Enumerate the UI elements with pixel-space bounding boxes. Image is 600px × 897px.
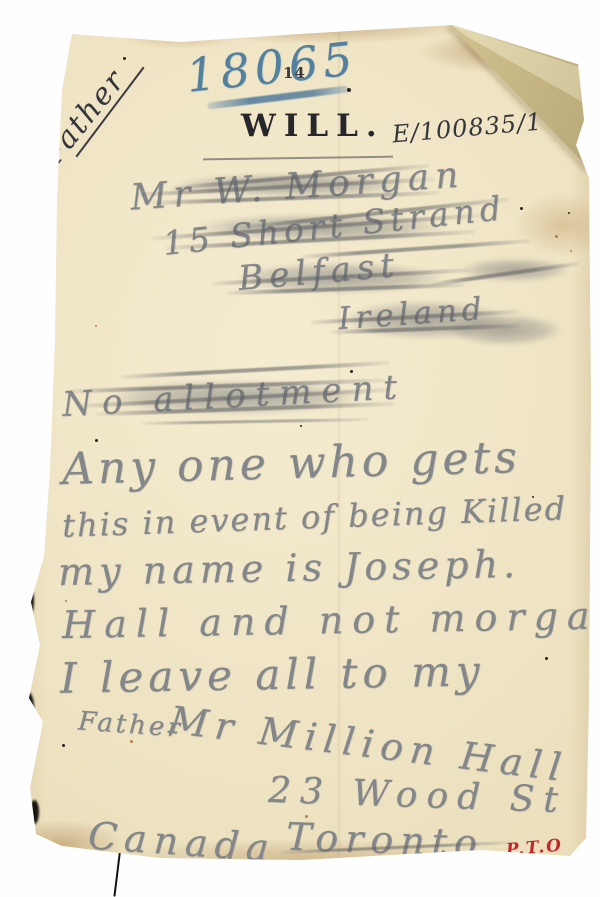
pto-note: P.T.O (505, 836, 564, 861)
paper-speck (545, 657, 548, 660)
scanned-will-document: 18065 14 WILL. E/100835/1 Father Mr W. M… (0, 0, 600, 897)
paper-speck (347, 88, 351, 92)
will-title: WILL. (241, 108, 385, 144)
rust-spot (305, 815, 308, 818)
rust-spot (65, 600, 67, 602)
will-line-9-country: Canada (87, 814, 277, 871)
rust-spot (555, 235, 558, 238)
page-number: 14 (283, 64, 306, 82)
reference-number: E/100835/1 (391, 107, 543, 148)
paper-speck (95, 439, 98, 442)
title-rule (203, 156, 393, 160)
will-line-3: my name is Joseph. (58, 542, 521, 594)
will-line-1: Any one who gets (61, 432, 521, 495)
rust-spot (570, 250, 572, 252)
will-line-5: I leave all to my (60, 646, 485, 702)
paper-speck (123, 57, 126, 60)
paper-speck (350, 370, 353, 373)
rust-spot (95, 325, 97, 327)
father-annotation: Father (35, 63, 133, 172)
paper-speck (300, 425, 302, 427)
paper-page: 18065 14 WILL. E/100835/1 Father Mr W. M… (0, 0, 600, 897)
paper-speck (568, 212, 570, 214)
binding-thread (113, 851, 121, 897)
paper-speck (62, 744, 65, 747)
rust-spot (130, 740, 133, 743)
will-line-2: this in event of being Killed (61, 489, 567, 545)
paper-speck (532, 496, 534, 498)
paper-speck (240, 864, 242, 866)
binding-mark (24, 585, 34, 617)
binding-mark (22, 692, 34, 722)
will-line-4: Hall and not morgan (62, 593, 600, 647)
binding-mark (30, 800, 39, 824)
will-line-9-city: Toronto (285, 815, 484, 866)
paper-speck (520, 207, 523, 210)
binding-mark (52, 118, 57, 136)
